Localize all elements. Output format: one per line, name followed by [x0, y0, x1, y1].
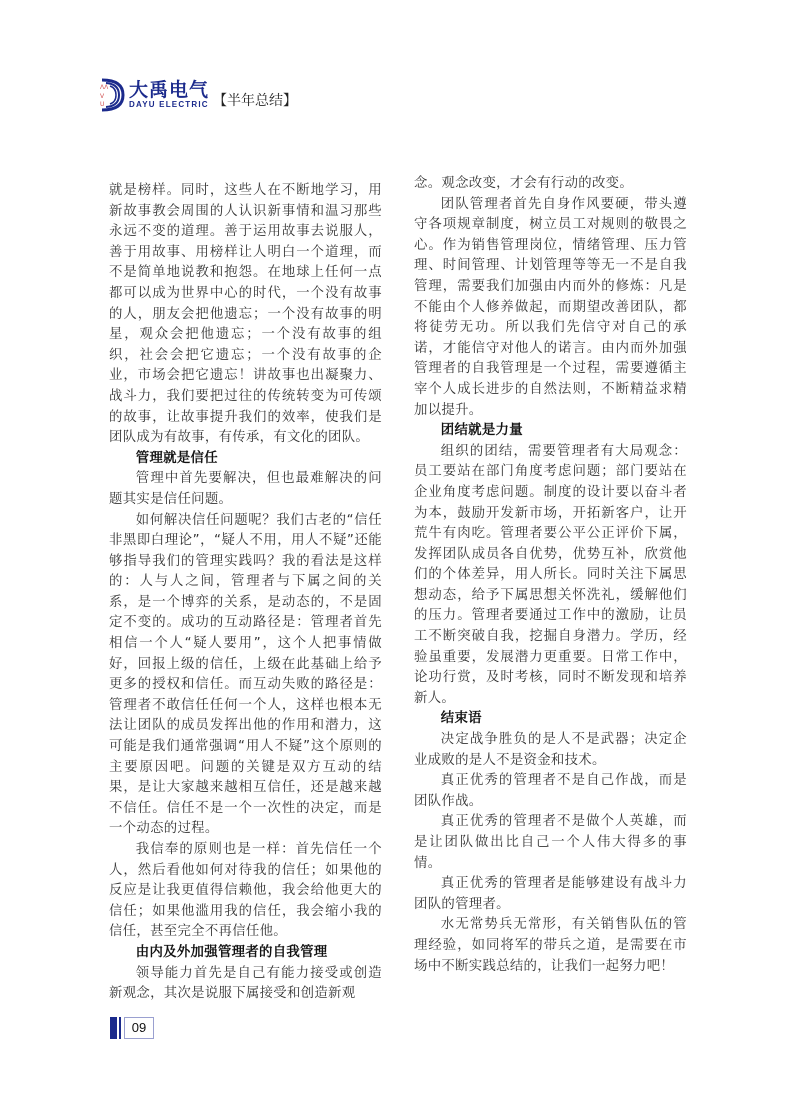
page-footer: 09 [110, 1017, 154, 1039]
magazine-header: ɅɅ V U 大禹电气 DAYU ELECTRIC 【半年总结】 [99, 78, 297, 112]
paragraph: 组织的团结，需要管理者有大局观念：员工要站在部门角度考虑问题；部门要站在企业角度… [414, 442, 687, 710]
section-heading: 由内及外加强管理者的自我管理 [109, 943, 382, 964]
logo-chinese-name: 大禹电气 [129, 80, 209, 100]
svg-text:V: V [100, 93, 105, 100]
paragraph: 团队管理者首先自身作风要硬，带头遵守各项规章制度，树立员工对规则的敬畏之心。作为… [414, 195, 687, 422]
paragraph: 水无常势兵无常形，有关销售队伍的管理经验，如同将军的带兵之道，是需要在市场中不断… [414, 915, 687, 977]
paragraph: 领导能力首先是自己有能力接受或创造新观念，其次是说服下属接受和创造新观 [109, 964, 382, 1005]
footer-bar-icon [110, 1017, 117, 1039]
paragraph: 真正优秀的管理者是能够建设有战斗力团队的管理者。 [414, 874, 687, 915]
section-tag: 【半年总结】 [213, 90, 297, 110]
paragraph: 真正优秀的管理者不是做个人英雄，而是让团队做出比自己一个人伟大得多的事情。 [414, 812, 687, 874]
logo-english-name: DAYU ELECTRIC [129, 100, 209, 110]
paragraph: 我信奉的原则也是一样：首先信任一个人，然后看他如何对待我的信任；如果他的反应是让… [109, 840, 382, 943]
section-heading: 管理就是信任 [109, 449, 382, 470]
paragraph: 就是榜样。同时，这些人在不断地学习，用新故事教会周围的人认识新事情和温习那些永远… [109, 181, 382, 449]
svg-text:ɅɅ: ɅɅ [100, 84, 109, 91]
section-heading: 团结就是力量 [414, 421, 687, 442]
logo-text: 大禹电气 DAYU ELECTRIC [129, 80, 209, 110]
section-heading: 结束语 [414, 709, 687, 730]
left-column: 就是榜样。同时，这些人在不断地学习，用新故事教会周围的人认识新事情和温习那些永远… [109, 181, 382, 1005]
paragraph: 决定战争胜负的是人不是武器；决定企业成败的是人不是资金和技术。 [414, 730, 687, 771]
paragraph: 念。观念改变，才会有行动的改变。 [414, 174, 687, 195]
dayu-logo-icon: ɅɅ V U [99, 78, 125, 112]
page-number: 09 [124, 1017, 154, 1039]
paragraph: 如何解决信任问题呢？我们古老的“信任非黑即白理论”，“疑人不用，用人不疑”还能够… [109, 511, 382, 841]
footer-bar-thin-icon [119, 1017, 121, 1039]
paragraph: 真正优秀的管理者不是自己作战，而是团队作战。 [414, 771, 687, 812]
paragraph: 管理中首先要解决，但也最难解决的问题其实是信任问题。 [109, 469, 382, 510]
svg-text:U: U [100, 101, 104, 108]
right-column: 念。观念改变，才会有行动的改变。 团队管理者首先自身作风要硬，带头遵守各项规章制… [414, 174, 687, 977]
